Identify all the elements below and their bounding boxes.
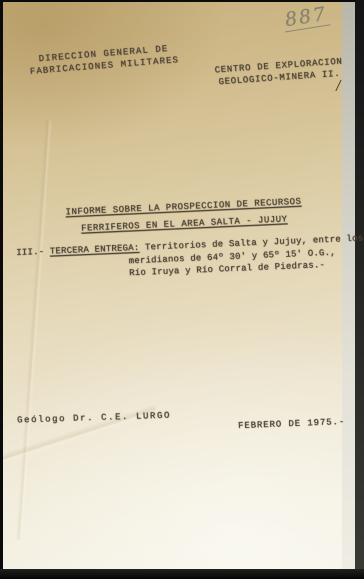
section-heading: TERCERA ENTREGA: — [50, 243, 140, 257]
section-index: III.- — [16, 247, 50, 258]
photo-border-top — [0, 0, 364, 2]
page-edge-strip — [342, 0, 355, 579]
scanned-document-photo: 887 DIRECCION GENERAL DEFABRICACIONES MI… — [0, 0, 364, 579]
photo-border-right — [355, 0, 364, 579]
photo-border-bottom — [0, 569, 364, 579]
report-title-line2: FERRIFEROS EN EL AREA SALTA - JUJUY — [81, 213, 288, 234]
photo-border-left — [0, 0, 3, 579]
paper-sheet — [3, 2, 342, 569]
